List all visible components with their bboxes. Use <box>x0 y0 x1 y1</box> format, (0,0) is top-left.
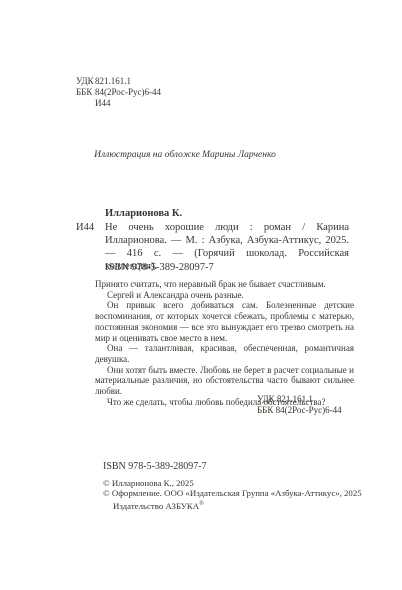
annotation-paragraph: Он привык всего добиваться сам. Болезнен… <box>95 300 354 343</box>
udc-line-bottom: УДК 821.161.1 <box>257 394 342 405</box>
annotation-paragraph: Она — талантливая, красивая, обеспеченна… <box>95 343 354 364</box>
annotation-paragraph: Принято считать, что неравный брак не бы… <box>95 279 354 290</box>
copyright-design: © Оформление. ООО «Издательская Группа «… <box>103 488 362 498</box>
record-author-sign: И44 <box>76 221 105 273</box>
udc-line: УДК 821.161.1 <box>76 76 161 87</box>
publisher-text: Издательство АЗБУКА <box>113 501 199 511</box>
isbn-bottom: ISBN 978-5-389-28097-7 <box>103 461 207 472</box>
cover-illustration-credit: Иллюстрация на обложке Марины Ларченко <box>0 150 370 160</box>
udc-label: УДК <box>76 76 95 87</box>
registered-mark: ® <box>199 501 204 507</box>
annotation-paragraph: Они хотят быть вместе. Любовь не берет в… <box>95 365 354 397</box>
book-imprint-page: { "top_classification": { "udc_label": "… <box>0 0 402 590</box>
copyright-author: © Илларионова К., 2025 <box>103 478 362 488</box>
bbk-value: 84(2Рос-Рус)6-44 <box>95 87 161 98</box>
top-classification-block: УДК 821.161.1 ББК 84(2Рос-Рус)6-44 И44 <box>76 76 161 109</box>
udc-value: 821.161.1 <box>95 76 131 87</box>
imprint-block: © Илларионова К., 2025 © Оформление. ООО… <box>103 478 362 511</box>
bbk-label: ББК <box>76 87 95 98</box>
isbn-top: ISBN 978-5-389-28097-7 <box>105 262 214 273</box>
bottom-classification-block: УДК 821.161.1 ББК 84(2Рос-Рус)6-44 <box>257 394 342 416</box>
publisher-line: Издательство АЗБУКА® <box>113 499 362 511</box>
annotation-block: Принято считать, что неравный брак не бы… <box>95 279 354 407</box>
author-sign: И44 <box>95 98 161 109</box>
annotation-paragraph: Сергей и Александра очень разные. <box>95 290 354 301</box>
bbk-line: ББК 84(2Рос-Рус)6-44 <box>76 87 161 98</box>
bbk-line-bottom: ББК 84(2Рос-Рус)6-44 <box>257 405 342 416</box>
author-heading: Илларионова К. <box>105 208 182 219</box>
